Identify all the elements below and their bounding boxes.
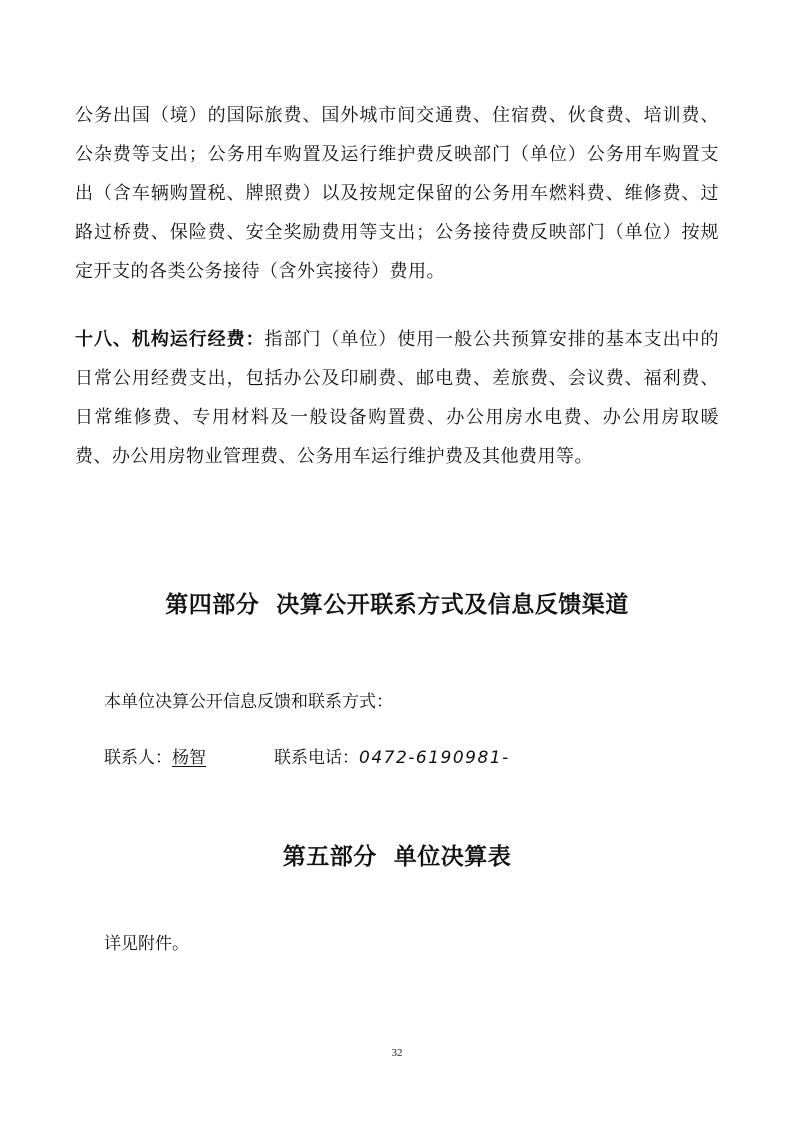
contact-person-name: 杨智 [172,748,218,768]
paragraph-item-18: 十八、机构运行经费：指部门（单位）使用一般公共预算安排的基本支出中的日常公用经费… [75,320,719,476]
term-institution-operating-expenses: 十八、机构运行经费： [75,329,265,350]
document-page: 公务出国（境）的国际旅费、国外城市间交通费、住宿费、伙食费、培训费、公杂费等支出… [0,0,794,1123]
see-attachment-note: 详见附件。 [104,932,189,956]
section-4-heading: 第四部分 决算公开联系方式及信息反馈渠道 [0,586,794,619]
contact-intro: 本单位决算公开信息反馈和联系方式： [104,690,393,714]
paragraph-public-expenses-continued: 公务出国（境）的国际旅费、国外城市间交通费、住宿费、伙食费、培训费、公杂费等支出… [75,96,719,291]
section-5-heading: 第五部分 单位决算表 [0,838,794,871]
contact-person-label: 联系人： [104,748,172,768]
phone-label: 联系电话： [274,748,359,768]
contact-info: 联系人：杨智联系电话：0472-6190981- [104,746,510,770]
phone-number: 0472-6190981- [359,748,510,768]
page-number: 32 [0,1047,794,1059]
